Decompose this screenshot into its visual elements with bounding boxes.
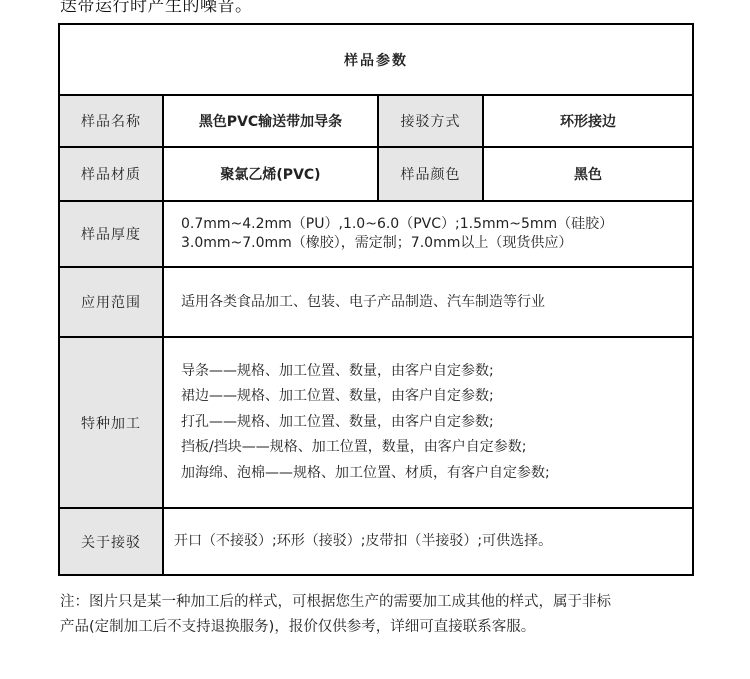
thickness-line-1: 0.7mm~4.2mm（PU）,1.0~6.0（PVC）;1.5mm~5mm（硅…: [181, 215, 692, 234]
title-row: 样品参数: [59, 24, 693, 95]
label-sample-name: 样品名称: [59, 95, 163, 147]
label-special-processing: 特种加工: [59, 337, 163, 508]
footnote-line-2: 产品(定制加工后不支持退换服务)，报价仅供参考，详细可直接联系客服。: [60, 615, 700, 640]
value-special-processing: 导条——规格、加工位置、数量，由客户自定参数; 裙边——规格、加工位置、数量，由…: [163, 337, 693, 508]
label-joint-method: 接驳方式: [378, 95, 483, 147]
processing-line-3: 打孔——规格、加工位置、数量，由客户自定参数;: [181, 410, 692, 436]
label-about-joint: 关于接驳: [59, 508, 163, 575]
label-application-scope: 应用范围: [59, 267, 163, 337]
thickness-line-2: 3.0mm~7.0mm（橡胶），需定制；7.0mm以上（现货供应）: [181, 234, 692, 253]
value-sample-material: 聚氯乙烯(PVC): [163, 147, 378, 201]
table-title: 样品参数: [59, 24, 693, 95]
top-caption: 送带运行时产生的噪音。: [60, 0, 253, 16]
processing-line-5: 加海绵、泡棉——规格、加工位置、材质，有客户自定参数;: [181, 461, 692, 487]
footnote: 注：图片只是某一种加工后的样式，可根据您生产的需要加工成其他的样式，属于非标 产…: [60, 590, 700, 640]
value-sample-color: 黑色: [483, 147, 693, 201]
row-sample-thickness: 样品厚度 0.7mm~4.2mm（PU）,1.0~6.0（PVC）;1.5mm~…: [59, 201, 693, 267]
footnote-line-1: 注：图片只是某一种加工后的样式，可根据您生产的需要加工成其他的样式，属于非标: [60, 590, 700, 615]
label-sample-color: 样品颜色: [378, 147, 483, 201]
processing-line-1: 导条——规格、加工位置、数量，由客户自定参数;: [181, 359, 692, 385]
processing-line-4: 挡板/挡块——规格、加工位置，数量，由客户自定参数;: [181, 435, 692, 461]
processing-line-2: 裙边——规格、加工位置、数量，由客户自定参数;: [181, 384, 692, 410]
value-sample-name: 黑色PVC输送带加导条: [163, 95, 378, 147]
row-about-joint: 关于接驳 开口（不接驳）;环形（接驳）;皮带扣（半接驳）;可供选择。: [59, 508, 693, 575]
row-application-scope: 应用范围 适用各类食品加工、包装、电子产品制造、汽车制造等行业: [59, 267, 693, 337]
sample-parameters-table: 样品参数 样品名称 黑色PVC输送带加导条 接驳方式 环形接边 样品材质 聚氯乙…: [58, 23, 694, 576]
value-joint-method: 环形接边: [483, 95, 693, 147]
value-application-scope: 适用各类食品加工、包装、电子产品制造、汽车制造等行业: [163, 267, 693, 337]
label-sample-material: 样品材质: [59, 147, 163, 201]
value-about-joint: 开口（不接驳）;环形（接驳）;皮带扣（半接驳）;可供选择。: [163, 508, 693, 575]
row-sample-name: 样品名称 黑色PVC输送带加导条 接驳方式 环形接边: [59, 95, 693, 147]
row-sample-material: 样品材质 聚氯乙烯(PVC) 样品颜色 黑色: [59, 147, 693, 201]
label-sample-thickness: 样品厚度: [59, 201, 163, 267]
row-special-processing: 特种加工 导条——规格、加工位置、数量，由客户自定参数; 裙边——规格、加工位置…: [59, 337, 693, 508]
value-sample-thickness: 0.7mm~4.2mm（PU）,1.0~6.0（PVC）;1.5mm~5mm（硅…: [163, 201, 693, 267]
